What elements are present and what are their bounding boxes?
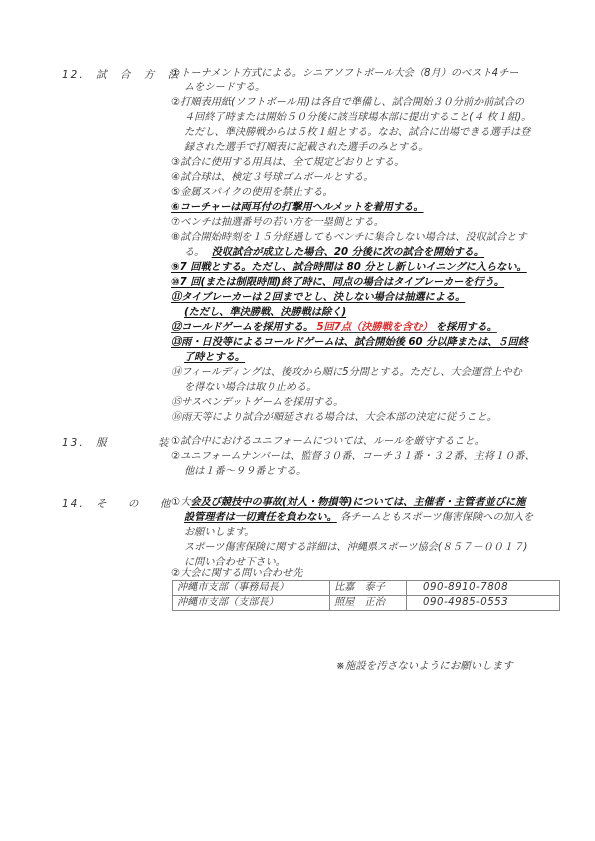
item-line: ①試合中におけるユニフォームについては、ルールを厳守すること。 bbox=[171, 435, 485, 449]
item-line: ②ユニフォームナンバーは、監督３０番、コーチ３１番・３２番、主将１０番、 bbox=[171, 450, 535, 464]
item-line: ⑭フィールディングは、後攻から順に5分間とする。ただし、大会運営上やむ bbox=[171, 366, 522, 380]
heading-char: 服 bbox=[96, 435, 109, 450]
item-line: 設管理者は一切責任を負わない。 各チームともスポーツ傷害保険への加入を bbox=[184, 511, 533, 525]
line-fragment-emphasis: 没収試合が成立した場合、20 分後に次の試合を開始する。 bbox=[212, 247, 484, 258]
contacts-table: 沖縄市支部（事務局長） 比嘉 泰子 090-8910-7808 沖縄市支部（支部… bbox=[172, 580, 560, 611]
item-line: ④試合球は、検定３号球ゴムボールとする。 bbox=[171, 171, 374, 185]
item-line-emphasis: ⑫コールドゲームを採用する。 5回7点（決勝戦を含む） を採用する。 bbox=[171, 321, 497, 335]
item-line-emphasis: ⑬雨・日没等によるコールドゲームは、試合開始後 60 分以降または、５回終 bbox=[171, 336, 528, 350]
item-line-emphasis: ⑪タイブレーカーは２回までとし、決しない場合は抽選による。 bbox=[171, 291, 465, 305]
heading-char: 合 bbox=[120, 67, 133, 82]
heading-char: 装 bbox=[158, 435, 171, 450]
heading-char: の bbox=[128, 496, 141, 511]
item-line: ⑦ベンチは抽選番号の若い方を一塁側とする。 bbox=[171, 216, 384, 230]
item-line-emphasis: ⑥コーチャーは両耳付の打撃用ヘルメットを着用する。 bbox=[171, 201, 424, 215]
contact-phone: 090-4985-0553 bbox=[407, 596, 560, 611]
heading-char: そ bbox=[96, 496, 109, 511]
item-line-emphasis: ⑩7 回(または制限時間)終了時に、同点の場合はタイブレーカーを行う。 bbox=[171, 276, 504, 290]
item-line: 他は１番～９９番とする。 bbox=[184, 465, 306, 479]
line-fragment: ①大 bbox=[171, 497, 190, 508]
section-13-heading: 13. 服 装 bbox=[62, 435, 170, 450]
item-line: スポーツ傷害保険に関する詳細は、沖縄県スポーツ協会(８５７－００１７) bbox=[184, 541, 527, 555]
line-fragment: 各チームともスポーツ傷害保険への加入を bbox=[340, 512, 533, 523]
item-line: ②大会に関する問い合わせ先 bbox=[171, 567, 302, 581]
item-line-emphasis: 了時とする。 bbox=[184, 351, 245, 365]
item-line: る。 没収試合が成立した場合、20 分後に次の試合を開始する。 bbox=[184, 246, 484, 260]
line-fragment: る。 bbox=[184, 247, 204, 258]
table-row: 沖縄市支部（事務局長） 比嘉 泰子 090-8910-7808 bbox=[173, 581, 560, 596]
item-line: を得ない場合は取り止める。 bbox=[184, 381, 316, 395]
item-line: ムをシードする。 bbox=[184, 81, 265, 95]
item-line: ただし、準決勝戦からは５枚１組とする。なお、試合に出場できる選手は登 bbox=[184, 126, 530, 140]
item-line: ①トーナメント方式による。シニアソフトボール大会（8月）のベスト4チー bbox=[171, 67, 518, 81]
item-line: ①大会及び競技中の事故(対人・物損等)については、主催者・主管者並びに施 bbox=[171, 496, 525, 510]
section-12-heading: 12. 試 合 方 法 bbox=[62, 67, 180, 82]
item-line: ⑮サスペンデットゲームを採用する。 bbox=[171, 396, 343, 410]
line-fragment-red: 5回7点（決勝戦を含む） bbox=[316, 322, 432, 333]
line-fragment-emphasis: を採用する。 bbox=[436, 322, 497, 333]
item-line-emphasis: (ただし、準決勝戦、決勝戦は除く) bbox=[184, 306, 346, 320]
contact-name: 照屋 正治 bbox=[330, 596, 407, 611]
section-number: 13. bbox=[62, 437, 85, 449]
item-line: お願いします。 bbox=[184, 526, 255, 540]
heading-char: 試 bbox=[96, 67, 109, 82]
line-fragment-emphasis: 会及び競技中の事故(対人・物損等)については、主催者・主管者並びに施 bbox=[190, 497, 525, 508]
item-line: ②打順表用紙(ソフトボール用)は各自で準備し、試合開始３０分前か前試合の bbox=[171, 96, 524, 110]
table-row: 沖縄市支部（支部長） 照屋 正治 090-4985-0553 bbox=[173, 596, 560, 611]
heading-char: 方 bbox=[144, 67, 157, 82]
footer-note: ※施設を汚さないようにお願いします bbox=[336, 658, 513, 673]
item-line: ③試合に使用する用具は、全て規定どおりとする。 bbox=[171, 156, 404, 170]
document-page: 12. 試 合 方 法 ①トーナメント方式による。シニアソフトボール大会（8月）… bbox=[0, 0, 595, 841]
item-line: ４回終了時または開始５０分後に該当球場本部に提出すること(４ 枚１組)。 bbox=[184, 111, 531, 125]
contact-org: 沖縄市支部（事務局長） bbox=[173, 581, 330, 596]
item-line: 録された選手で打順表に記載された選手のみとする。 bbox=[184, 141, 429, 155]
item-line: ⑤金属スパイクの使用を禁止する。 bbox=[171, 186, 333, 200]
section-number: 12. bbox=[62, 69, 85, 81]
section-14-heading: 14. そ の 他 bbox=[62, 496, 172, 511]
item-line-emphasis: ⑨7 回戦とする。ただし、試合時間は 80 分とし新しいイニングに入らない。 bbox=[171, 261, 527, 275]
section-number: 14. bbox=[62, 498, 85, 510]
line-fragment-emphasis: ⑫コールドゲームを採用する。 bbox=[171, 322, 313, 333]
line-fragment-emphasis: 設管理者は一切責任を負わない。 bbox=[184, 512, 337, 523]
item-line: ⑧試合開始時刻を１５分経過してもベンチに集合しない場合は、没収試合とす bbox=[171, 231, 527, 245]
contact-org: 沖縄市支部（支部長） bbox=[173, 596, 330, 611]
contact-name: 比嘉 泰子 bbox=[330, 581, 407, 596]
contact-phone: 090-8910-7808 bbox=[407, 581, 560, 596]
item-line: ⑯雨天等により試合が順延される場合は、大会本部の決定に従うこと。 bbox=[171, 411, 497, 425]
